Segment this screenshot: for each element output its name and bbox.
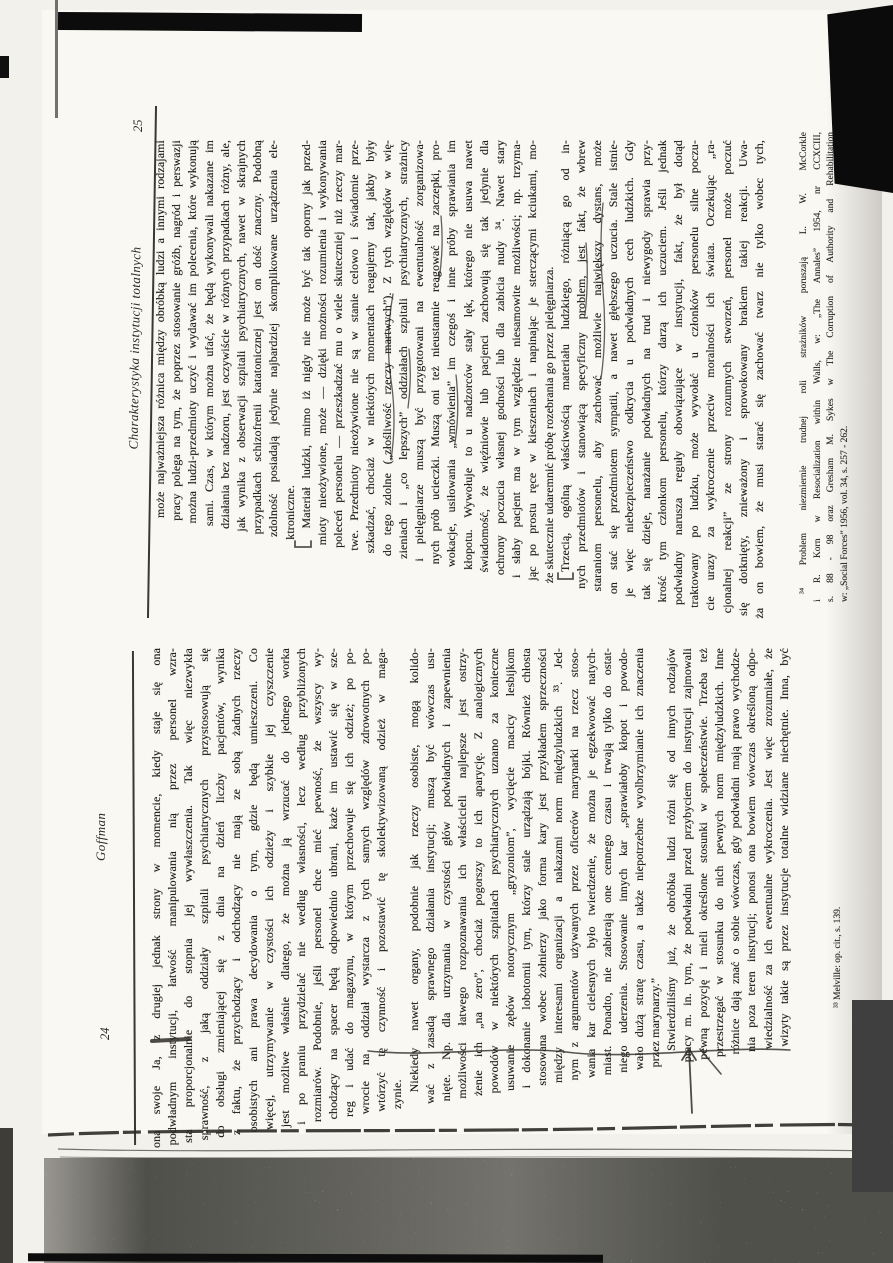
page-bottom-edge xyxy=(0,0,893,1263)
scanner-noise-band xyxy=(44,1158,893,1263)
scanned-document: 24 Goffman ona swoje Ja, z drugiej jedna… xyxy=(0,0,893,1263)
page-edge-speckle xyxy=(852,1000,893,1192)
scanner-black-strip-bottom xyxy=(28,1253,603,1263)
